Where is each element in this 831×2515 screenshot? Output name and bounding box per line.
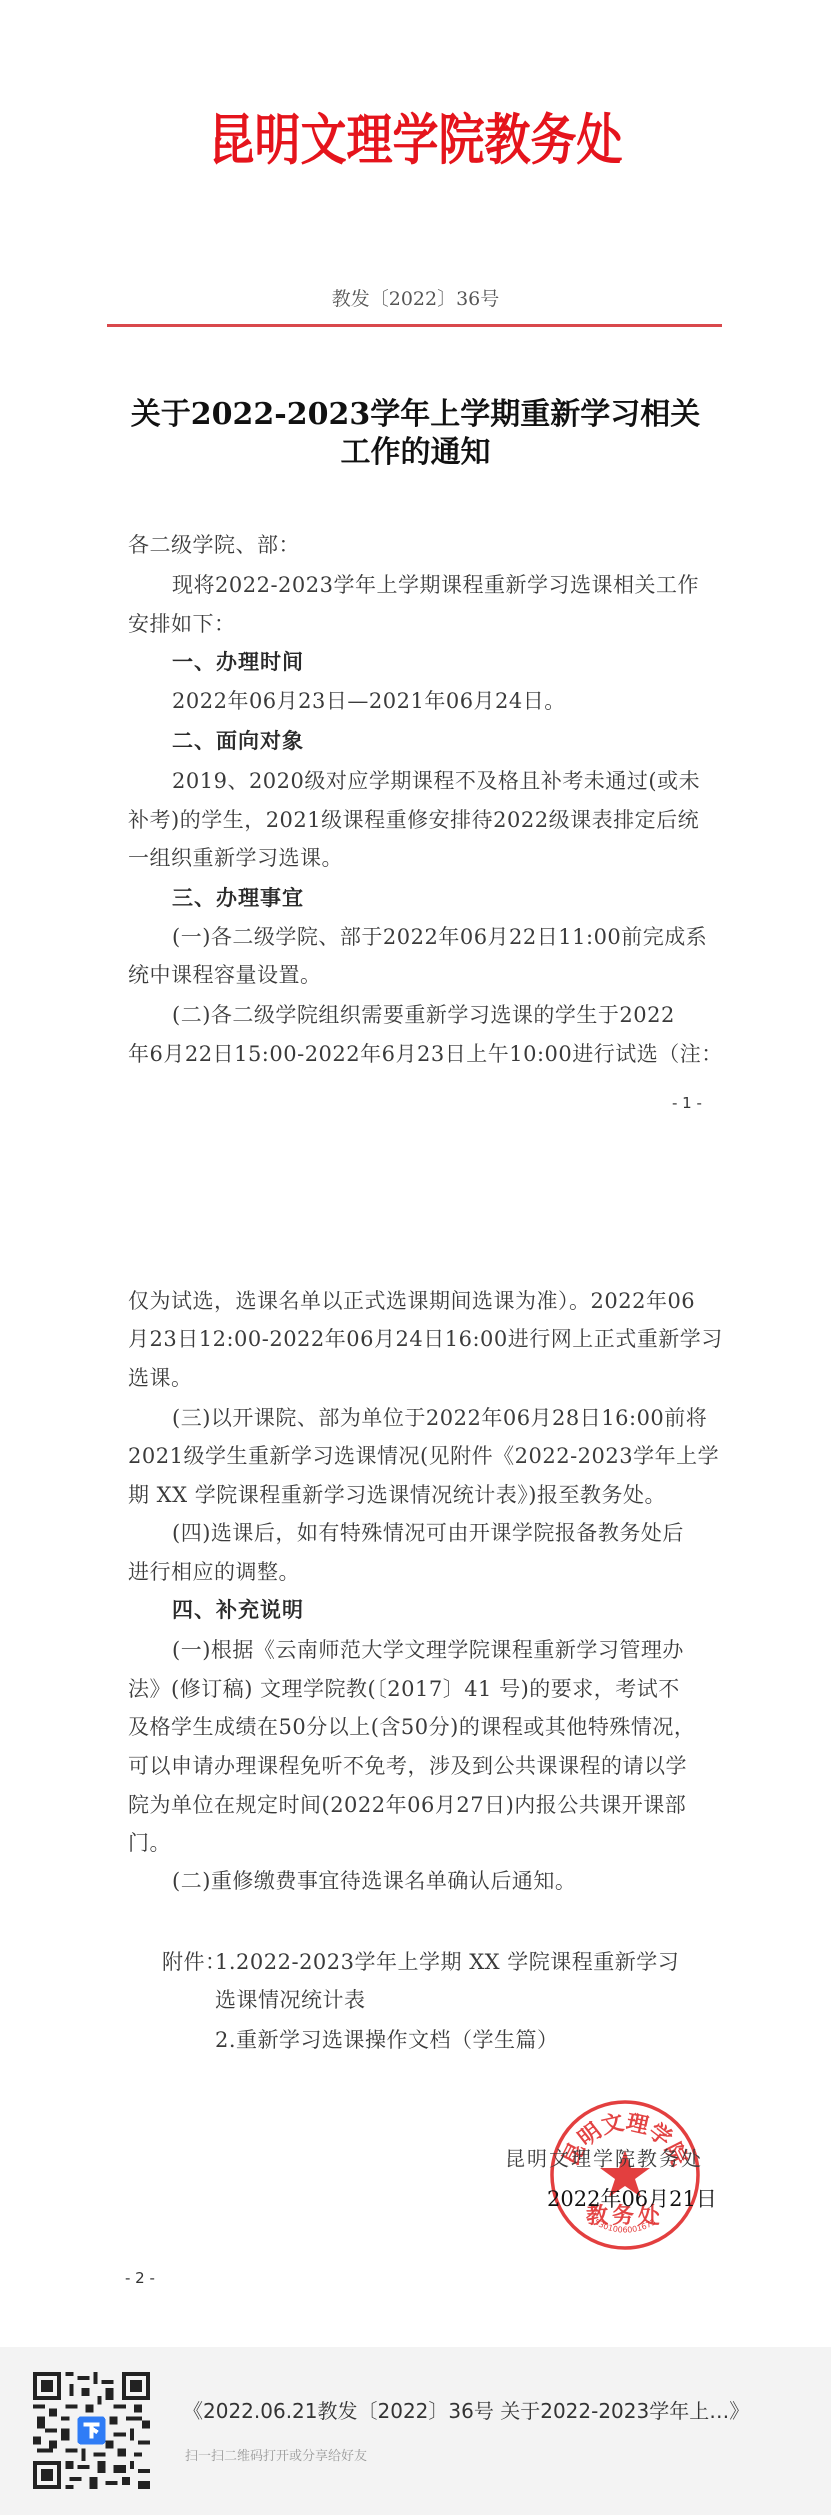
body-line: (二)各二级学院组织需要重新学习选课的学生于2022 [172,1002,675,1028]
attachment-item-1: 1.2022-2023学年上学期 XX 学院课程重新学习 [215,1949,679,1975]
body-line: 及格学生成绩在50分以上(含50分)的课程或其他特殊情况， [128,1714,695,1740]
body-line: (一)根据《云南师范大学文理学院课程重新学习管理办 [172,1637,684,1663]
page-number-2: - 2 - [125,2269,155,2287]
official-seal-icon: 昆明文理学院 教务处 5301006001673 [548,2098,702,2252]
share-title: 《2022.06.21教发〔2022〕36号 关于2022-2023学年上…》 [183,2395,749,2424]
document-page-1: 昆明文理学院教务处 教发〔2022〕36号 关于2022-2023学年上学期重新… [0,0,831,1180]
salutation: 各二级学院、部： [128,532,300,558]
body-line: 院为单位在规定时间(2022年06月27日)内报公共课开课部 [128,1792,686,1818]
body-line: 年6月22日15:00-2022年6月23日上午10:00进行试选（注： [128,1041,723,1067]
section-heading-target: 二、面向对象 [172,728,304,754]
signature-org: 昆明文理学院教务处 [505,2143,703,2172]
page-number-1: - 1 - [672,1094,702,1112]
notice-title-line1: 关于2022-2023学年上学期重新学习相关 [0,396,831,434]
body-line: 仅为试选，选课名单以正式选课期间选课为准）。2022年06 [128,1288,695,1314]
body-line: 统中课程容量设置。 [128,962,322,988]
body-line: 选课。 [128,1365,193,1391]
body-line: 补考)的学生，2021级课程重修安排待2022级课表排定后统 [128,807,699,833]
document-number: 教发〔2022〕36号 [0,284,831,311]
qr-code-icon[interactable] [33,2372,150,2489]
body-line: 月23日12:00-2022年06月24日16:00进行网上正式重新学习 [128,1326,723,1352]
signature-date: 2022年06月21日 [547,2183,717,2213]
body-line: 2022年06月23日—2021年06月24日。 [172,688,566,714]
body-line: 安排如下： [128,611,236,637]
body-line: (二)重修缴费事宜待选课名单确认后通知。 [172,1868,576,1894]
body-line: 期 XX 学院课程重新学习选课情况统计表》)报至教务处。 [128,1482,666,1508]
body-line: (三)以开课院、部为单位于2022年06月28日16:00前将 [172,1405,707,1431]
attachment-item-2: 2.重新学习选课操作文档（学生篇） [215,2027,559,2053]
section-heading-time: 一、办理时间 [172,649,304,675]
org-letterhead: 昆明文理学院教务处 [0,104,831,176]
body-line: 现将2022-2023学年上学期课程重新学习选课相关工作 [172,572,699,598]
body-line: 进行相应的调整。 [128,1559,300,1585]
body-line: 法》(修订稿) 文理学院教(〔2017〕41 号)的要求，考试不 [128,1676,680,1702]
body-line: 2019、2020级对应学期课程不及格且补考未通过(或未 [172,768,700,794]
body-line: (四)选课后，如有特殊情况可由开课学院报备教务处后 [172,1520,684,1546]
section-heading-supplement: 四、补充说明 [172,1597,304,1623]
share-hint: 扫一扫二维码打开或分享给好友 [185,2445,367,2464]
body-line: (一)各二级学院、部于2022年06月22日11:00前完成系 [172,924,707,950]
attachment-item-1-cont: 选课情况统计表 [215,1987,366,2013]
red-divider [107,324,722,327]
body-line: 可以申请办理课程免听不免考，涉及到公共课课程的请以学 [128,1753,687,1779]
share-footer: 《2022.06.21教发〔2022〕36号 关于2022-2023学年上…》 … [0,2347,831,2515]
body-line: 门。 [128,1830,171,1856]
body-line: 一组织重新学习选课。 [128,845,343,871]
body-line: 2021级学生重新学习选课情况(见附件《2022-2023学年上学 [128,1443,719,1469]
notice-title-line2: 工作的通知 [0,434,831,472]
section-heading-matters: 三、办理事宜 [172,885,304,911]
